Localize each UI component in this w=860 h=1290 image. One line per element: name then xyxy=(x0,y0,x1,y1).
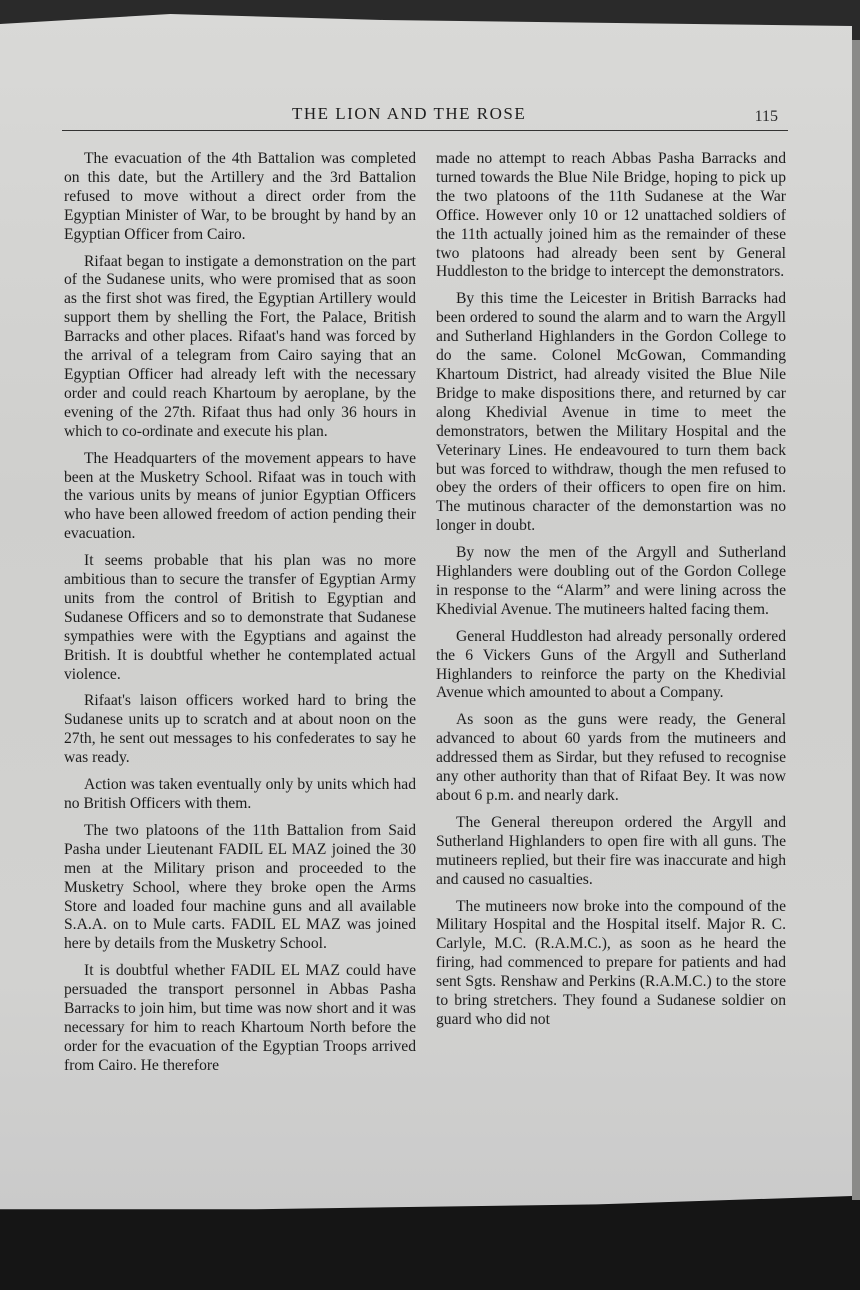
paragraph: The General thereupon ordered the Argyll… xyxy=(436,814,786,890)
left-column: The evacuation of the 4th Battalion was … xyxy=(64,150,416,1084)
paragraph: Rifaat began to instigate a demonstratio… xyxy=(64,253,416,442)
paragraph: It is doubtful whether FADIL EL MAZ coul… xyxy=(64,962,416,1075)
paragraph: The evacuation of the 4th Battalion was … xyxy=(64,150,416,245)
book-page: THE LION AND THE ROSE 115 The evacuation… xyxy=(0,14,852,1214)
right-column: made no attempt to reach Abbas Pasha Bar… xyxy=(436,150,786,1038)
paragraph: As soon as the guns were ready, the Gene… xyxy=(436,711,786,806)
paragraph: The two platoons of the 11th Battalion f… xyxy=(64,822,416,954)
page-edge xyxy=(852,40,860,1200)
running-header: THE LION AND THE ROSE 115 xyxy=(62,104,788,136)
paragraph: By now the men of the Argyll and Suther­… xyxy=(436,544,786,620)
paragraph: It seems probable that his plan was no m… xyxy=(64,552,416,684)
paragraph: The Headquarters of the movement appears… xyxy=(64,450,416,545)
paragraph: Action was taken eventually only by unit… xyxy=(64,776,416,814)
paragraph: General Huddleston had already personall… xyxy=(436,628,786,704)
paragraph: Rifaat's laison officers worked hard to … xyxy=(64,692,416,768)
continued-paragraph: made no attempt to reach Abbas Pasha Bar… xyxy=(436,150,786,282)
paragraph: The mutineers now broke into the com­pou… xyxy=(436,898,786,1030)
header-rule xyxy=(62,130,788,131)
paragraph: By this time the Leicester in British Ba… xyxy=(436,290,786,536)
running-title: THE LION AND THE ROSE xyxy=(292,104,526,124)
page-number: 115 xyxy=(755,108,778,126)
